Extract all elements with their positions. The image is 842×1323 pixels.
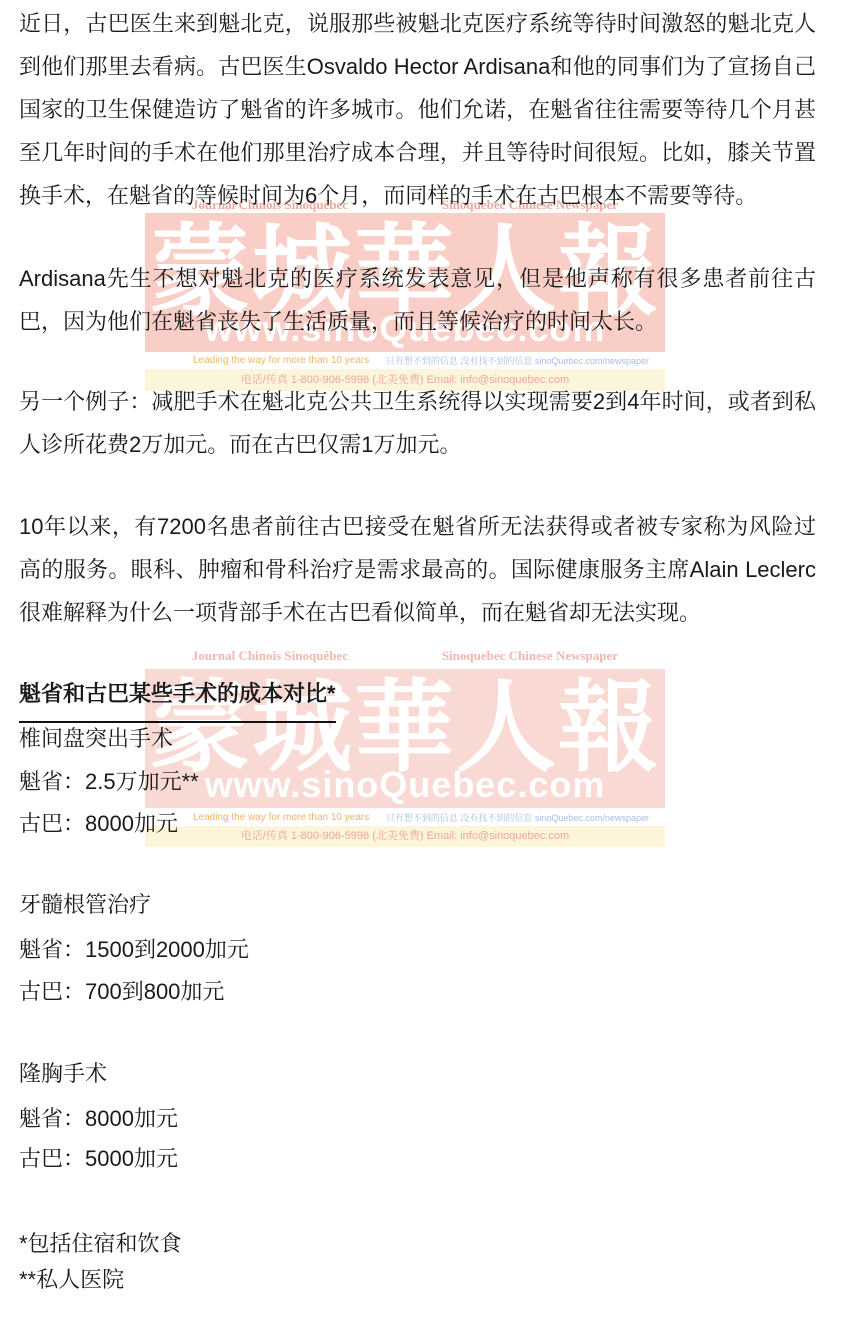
- cost-comparison-heading-text: 魁省和古巴某些手术的成本对比*: [19, 672, 336, 723]
- article-paragraph-3: 另一个例子：减肥手术在魁北克公共卫生系统得以实现需要2到4年时间，或者到私人诊所…: [19, 380, 816, 466]
- cuba-price: 古巴：5000加元: [19, 1137, 816, 1180]
- watermark-slogan-row: Leading the way for more than 10 years 只…: [145, 352, 665, 369]
- quebec-price: 魁省：8000加元: [19, 1097, 816, 1140]
- procedure-name: 隆胸手术: [19, 1052, 816, 1095]
- article-paragraph-1: 近日，古巴医生来到魁北克，说服那些被魁北克医疗系统等待时间激怒的魁北克人到他们那…: [19, 2, 816, 217]
- procedure-name: 椎间盘突出手术: [19, 717, 816, 760]
- journal-label-french: Journal Chinois Sinoquébec: [192, 648, 348, 664]
- article-paragraph-2: Ardisana先生不想对魁北克的医疗系统发表意见，但是他声称有很多患者前往古巴…: [19, 257, 816, 343]
- procedure-name: 牙髓根管治疗: [19, 883, 816, 926]
- watermark-journal-labels: Journal Chinois Sinoquébec Sinoquebec Ch…: [145, 643, 665, 669]
- slogan-english: Leading the way for more than 10 years: [193, 355, 369, 366]
- footnote-private-hospital: **私人医院: [19, 1258, 816, 1301]
- article-paragraph-4: 10年以来，有7200名患者前往古巴接受在魁省所无法获得或者被专家称为风险过高的…: [19, 505, 816, 634]
- quebec-price: 魁省：1500到2000加元: [19, 928, 816, 971]
- cost-comparison-heading: 魁省和古巴某些手术的成本对比*: [19, 672, 816, 723]
- journal-label-english: Sinoquebec Chinese Newspaper: [442, 648, 618, 664]
- slogan-chinese: 只有想不到的信息 没有找不到的信息 sinoQuebec.com/newspap…: [386, 354, 649, 367]
- quebec-price: 魁省：2.5万加元**: [19, 760, 816, 803]
- cuba-price: 古巴：700到800加元: [19, 970, 816, 1013]
- cuba-price: 古巴：8000加元: [19, 802, 816, 845]
- document-page: Journal Chinois Sinoquébec Sinoquebec Ch…: [0, 0, 842, 1323]
